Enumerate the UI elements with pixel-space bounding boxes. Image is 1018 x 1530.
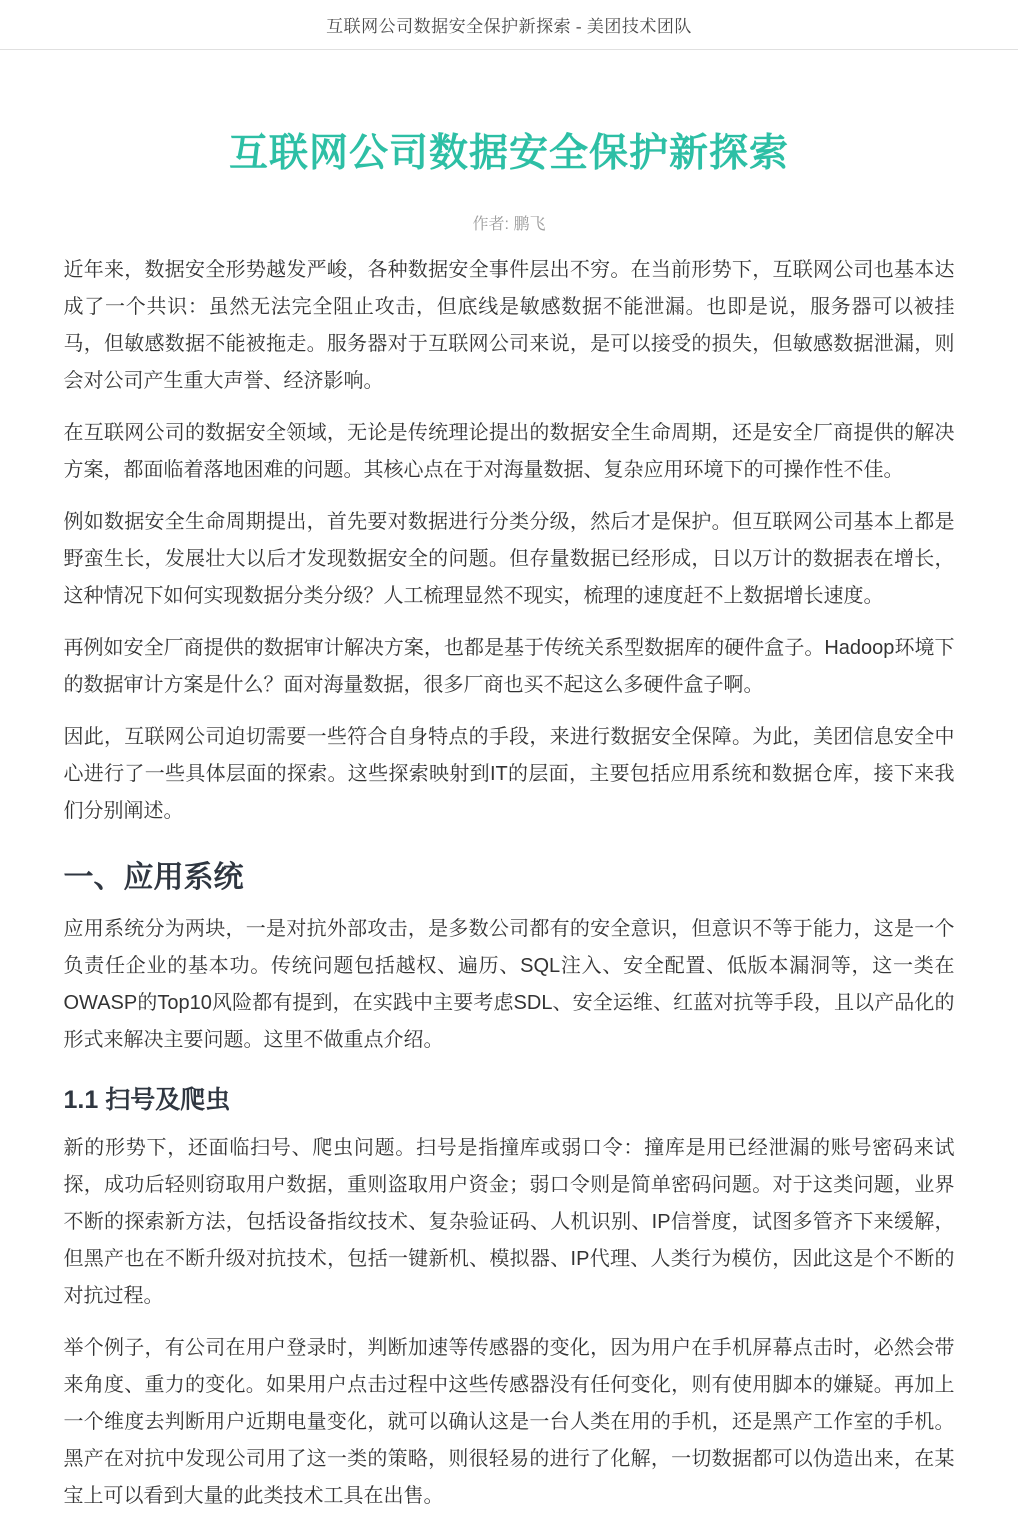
subsection-scan-crawler-paragraph-2: 举个例子，有公司在用户登录时，判断加速等传感器的变化，因为用户在手机屏幕点击时，…	[64, 1330, 955, 1515]
section-heading-application-systems: 一、应用系统	[64, 860, 955, 896]
article-title: 互联网公司数据安全保护新探索	[64, 130, 955, 179]
page-header-title: 互联网公司数据安全保护新探索 - 美团技术团队	[326, 12, 692, 37]
intro-paragraph-3: 例如数据安全生命周期提出，首先要对数据进行分类分级，然后才是保护。但互联网公司基…	[64, 504, 955, 615]
article-print-page: 互联网公司数据安全保护新探索 - 美团技术团队 互联网公司数据安全保护新探索 作…	[0, 0, 1018, 1515]
subsection-scan-crawler-paragraph-1: 新的形势下，还面临扫号、爬虫问题。扫号是指撞库或弱口令：撞库是用已经泄漏的账号密…	[64, 1130, 955, 1315]
intro-paragraph-4: 再例如安全厂商提供的数据审计解决方案，也都是基于传统关系型数据库的硬件盒子。Ha…	[64, 630, 955, 704]
subsection-heading-scan-crawler: 1.1 扫号及爬虫	[64, 1085, 955, 1115]
article-byline: 作者: 鹏飞	[64, 211, 955, 234]
intro-paragraph-2: 在互联网公司的数据安全领域，无论是传统理论提出的数据安全生命周期，还是安全厂商提…	[64, 415, 955, 489]
intro-paragraph-1: 近年来，数据安全形势越发严峻，各种数据安全事件层出不穷。在当前形势下，互联网公司…	[64, 252, 955, 400]
intro-paragraph-5: 因此，互联网公司迫切需要一些符合自身特点的手段，来进行数据安全保障。为此，美团信…	[64, 719, 955, 830]
print-page-header: 互联网公司数据安全保护新探索 - 美团技术团队	[0, 0, 1018, 50]
section-app-systems-paragraph-1: 应用系统分为两块，一是对抗外部攻击，是多数公司都有的安全意识，但意识不等于能力，…	[64, 911, 955, 1059]
article-content: 互联网公司数据安全保护新探索 作者: 鹏飞 近年来，数据安全形势越发严峻，各种数…	[64, 130, 955, 1515]
